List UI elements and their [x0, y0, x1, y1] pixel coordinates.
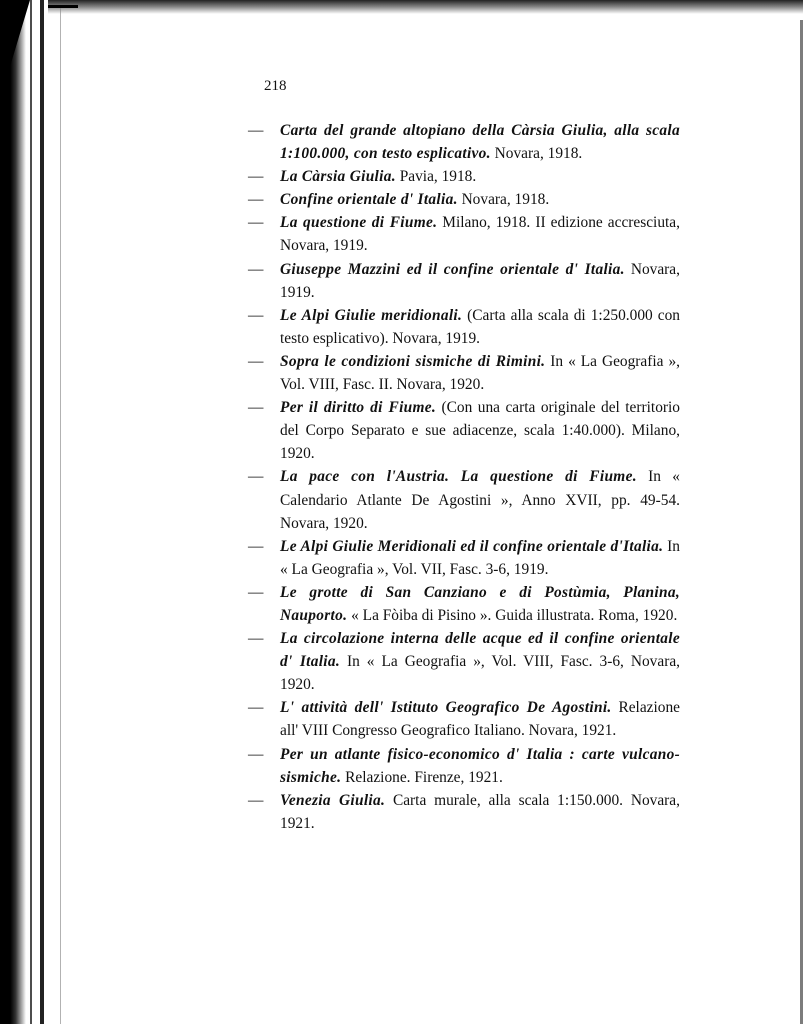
bibliography-entry: —La circolazione interna delle acque ed …	[248, 627, 680, 696]
entry-details: Relazione. Firenze, 1921.	[341, 769, 503, 786]
entry-dash: —	[248, 258, 272, 281]
bibliography-entry: —La questione di Fiume. Milano, 1918. II…	[248, 211, 680, 257]
entry-details: In « La Geografia », Vol. VIII, Fasc. 3-…	[280, 653, 680, 693]
bibliography-entry: —Per un atlante fisico-economico d' Ital…	[248, 743, 680, 789]
scan-top-shadow	[48, 0, 803, 14]
entry-details: Pavia, 1918.	[396, 168, 476, 185]
entry-dash: —	[248, 396, 272, 419]
entry-title: La pace con l'Austria. La questione di F…	[280, 468, 637, 485]
entry-title: L' attività dell' Istituto Geografico De…	[280, 699, 612, 716]
entry-title: Le Alpi Giulie Meridionali ed il confine…	[280, 538, 663, 555]
scan-page-edge	[30, 0, 32, 1024]
entry-dash: —	[248, 743, 272, 766]
entry-dash: —	[248, 535, 272, 558]
bibliography-entry: —Le grotte di San Canziano e di Postùmia…	[248, 581, 680, 627]
entry-dash: —	[248, 627, 272, 650]
bibliography-entry: —La pace con l'Austria. La questione di …	[248, 465, 680, 534]
scan-top-mark	[48, 5, 78, 8]
entry-title: Sopra le condizioni sismiche di Rimini.	[280, 353, 545, 370]
entry-dash: —	[248, 211, 272, 234]
entry-title: Carta del grande altopiano della Càrsia …	[280, 122, 680, 162]
bibliography-entry: —Sopra le condizioni sismiche di Rimini.…	[248, 350, 680, 396]
entry-dash: —	[248, 581, 272, 604]
entry-title: La questione di Fiume.	[280, 214, 437, 231]
scan-page-edge	[60, 0, 61, 1024]
entry-dash: —	[248, 465, 272, 488]
entry-title: Le Alpi Giulie meridionali.	[280, 307, 462, 324]
bibliography-entry: —Giuseppe Mazzini ed il confine oriental…	[248, 258, 680, 304]
bibliography-entry: —Le Alpi Giulie meridionali. (Carta alla…	[248, 304, 680, 350]
bibliography-entry: —Per il diritto di Fiume. (Con una carta…	[248, 396, 680, 465]
entry-title: Confine orientale d' Italia.	[280, 191, 458, 208]
entry-details: Novara, 1918.	[491, 145, 582, 162]
bibliography-entry: —Venezia Giulia. Carta murale, alla scal…	[248, 789, 680, 835]
entry-dash: —	[248, 304, 272, 327]
entry-title: Venezia Giulia.	[280, 792, 385, 809]
bibliography-entry: —Confine orientale d' Italia. Novara, 19…	[248, 188, 680, 211]
bibliography-entry: —L' attività dell' Istituto Geografico D…	[248, 696, 680, 742]
entry-title: Per il diritto di Fiume.	[280, 399, 436, 416]
entry-dash: —	[248, 188, 272, 211]
entry-title: Giuseppe Mazzini ed il confine orientale…	[280, 261, 625, 278]
entry-dash: —	[248, 789, 272, 812]
bibliography-entry: —Carta del grande altopiano della Càrsia…	[248, 119, 680, 165]
bibliography-list: —Carta del grande altopiano della Càrsia…	[248, 119, 680, 835]
entry-title: La Càrsia Giulia.	[280, 168, 396, 185]
entry-dash: —	[248, 350, 272, 373]
entry-dash: —	[248, 165, 272, 188]
entry-dash: —	[248, 696, 272, 719]
bibliography-entry: —Le Alpi Giulie Meridionali ed il confin…	[248, 535, 680, 581]
scan-binding-shadow	[0, 0, 26, 1024]
bibliography-entry: —La Càrsia Giulia. Pavia, 1918.	[248, 165, 680, 188]
entry-details: Novara, 1918.	[458, 191, 549, 208]
entry-details: « La Fòiba di Pisino ». Guida illustrata…	[347, 607, 677, 624]
scan-page-edge	[40, 0, 44, 1024]
scan-binding-corner	[0, 0, 30, 100]
entry-dash: —	[248, 119, 272, 142]
page-number: 218	[264, 78, 287, 95]
